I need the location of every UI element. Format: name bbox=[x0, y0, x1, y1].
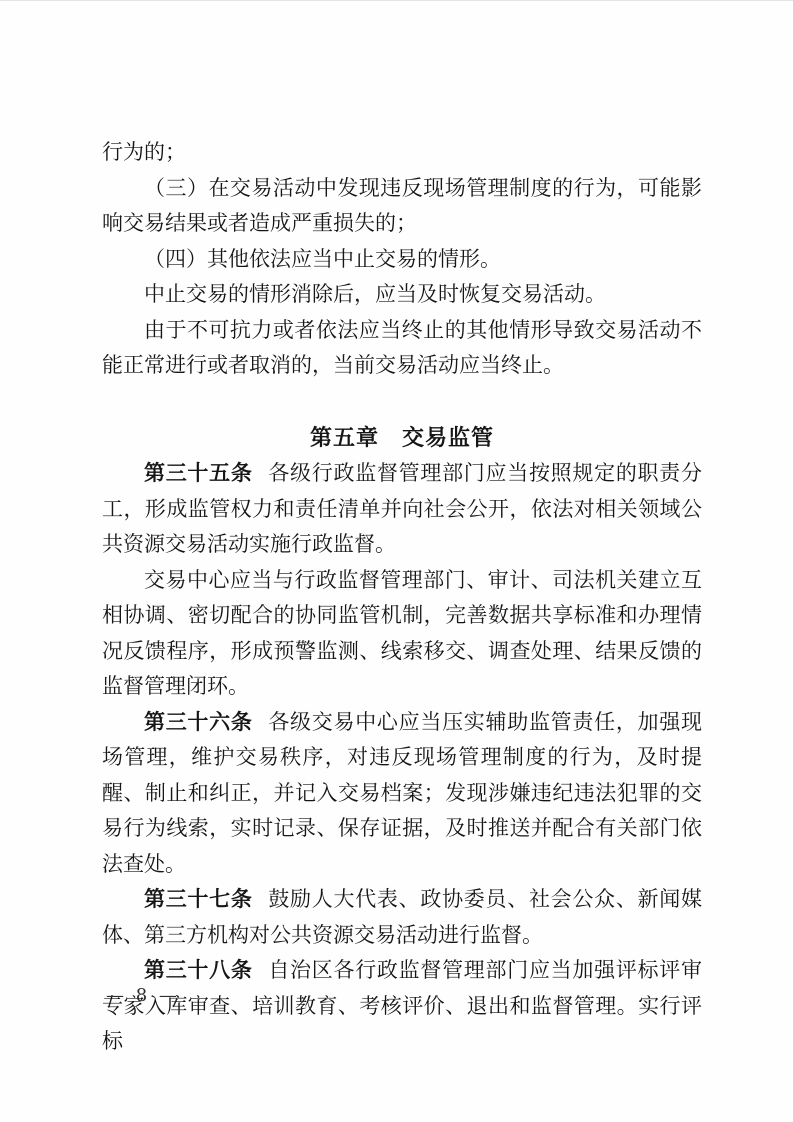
paragraph-resume-trading: 中止交易的情形消除后，应当及时恢复交易活动。 bbox=[102, 277, 702, 313]
article-36: 第三十六条各级交易中心应当压实辅助监管责任，加强现场管理，维护交易秩序，对违反现… bbox=[102, 705, 702, 883]
article-36-text: 各级交易中心应当压实辅助监管责任，加强现场管理，维护交易秩序，对违反现场管理制度… bbox=[102, 710, 702, 876]
page-number: — 8 — bbox=[106, 985, 180, 1006]
article-35-label: 第三十五条 bbox=[144, 461, 268, 485]
article-37: 第三十七条鼓励人大代表、政协委员、社会公众、新闻媒体、第三方机构对公共资源交易活… bbox=[102, 882, 702, 953]
clause-item-4: （四）其他依法应当中止交易的情形。 bbox=[102, 242, 702, 278]
article-35-supplement: 交易中心应当与行政监督管理部门、审计、司法机关建立互相协调、密切配合的协同监管机… bbox=[102, 563, 702, 705]
article-36-label: 第三十六条 bbox=[144, 710, 268, 734]
article-35: 第三十五条各级行政监督管理部门应当按照规定的职责分工，形成监管权力和责任清单并向… bbox=[102, 456, 702, 563]
chapter-heading: 第五章 交易监管 bbox=[102, 421, 702, 457]
article-38-label: 第三十八条 bbox=[144, 958, 268, 982]
document-body: 行为的； （三）在交易活动中发现违反现场管理制度的行为，可能影响交易结果或者造成… bbox=[102, 135, 702, 1060]
article-37-label: 第三十七条 bbox=[144, 887, 268, 911]
document-page: 行为的； （三）在交易活动中发现违反现场管理制度的行为，可能影响交易结果或者造成… bbox=[0, 0, 793, 1122]
paragraph-force-majeure: 由于不可抗力或者依法应当终止的其他情形导致交易活动不能正常进行或者取消的，当前交… bbox=[102, 313, 702, 384]
clause-item-3: （三）在交易活动中发现违反现场管理制度的行为，可能影响交易结果或者造成严重损失的… bbox=[102, 171, 702, 242]
paragraph-continuation: 行为的； bbox=[102, 135, 702, 171]
article-38: 第三十八条自治区各行政监督管理部门应当加强评标评审专家入库审查、培训教育、考核评… bbox=[102, 953, 702, 1060]
